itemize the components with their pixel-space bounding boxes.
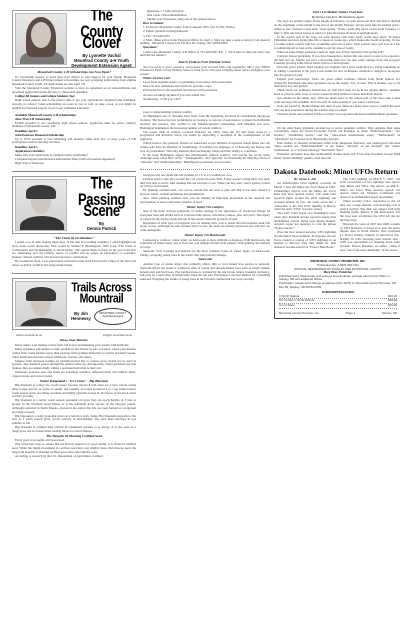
- paragraph: Many gardeners add manure to their garde…: [12, 348, 136, 359]
- postmaster-notice: Postmaster: please send change of addres…: [279, 282, 397, 289]
- columnist-photo-lynnette: [15, 13, 67, 65]
- paragraph: Nonsense: globalists note that civilizat…: [274, 153, 400, 160]
- paragraph: As Huntington saw it, Muslims have been,…: [140, 115, 270, 130]
- paragraph: Also, when planting certified seed, you …: [140, 197, 270, 204]
- paragraph: When security police responded to the ca…: [340, 200, 400, 222]
- divider: [12, 171, 136, 172]
- paragraph: High school seniors, now is the perfect …: [12, 99, 136, 110]
- paragraph: Big bluestem is a native warm season per…: [12, 399, 136, 414]
- paragraph: Over the next several decades, UFO sight…: [274, 231, 336, 250]
- paragraph: Farmers need to take into account the co…: [140, 178, 270, 189]
- paragraph: By reading his book, I was particularly …: [12, 260, 136, 267]
- website-link[interactable]: www.mountrail.nd.us: [16, 334, 42, 338]
- datebook-headline: Dakota Datebook: Minot UFOs Return: [274, 167, 400, 176]
- county-clover-header: The County Clover By Lynnette Vachal Mou…: [12, 10, 136, 68]
- paragraph: Consider indoor gardening. If you have h…: [274, 55, 400, 66]
- paragraph: In the coastal part of the state, we wen…: [274, 36, 400, 51]
- byline: By Lynnette Vachal Mountrail County 4-H …: [71, 53, 131, 68]
- paragraph: In his book Huntington argues that unbri…: [140, 154, 270, 165]
- paragraph: Sunscald, frost cracking and dieback are…: [140, 250, 270, 257]
- column-left: The County Clover By Lynnette Vachal Mou…: [12, 10, 136, 635]
- paragraph: It's scholarship season, so don't miss y…: [12, 76, 136, 87]
- paragraph: Contact the Mountrail County 4-H Office …: [140, 51, 270, 58]
- page-number: Page 2: [346, 312, 355, 316]
- paragraph: Regardless of what type of evergreen you…: [140, 222, 270, 233]
- paragraph: One of the best ways to ensure that the …: [12, 443, 136, 454]
- paragraph: Are you ready to grow, preserve, and pre…: [140, 66, 270, 77]
- paragraph: Big bluestem is a leafy grass that grows…: [12, 415, 136, 426]
- paragraph: Big bluestem is commercially planted in …: [12, 426, 136, 433]
- trails-header: Trails Across Mountrail By Jim Hennessy …: [12, 278, 136, 330]
- paragraph: That 1947 event began over Washington st…: [274, 212, 336, 231]
- paragraph: The UFO sighting on March 5, 1967, came …: [340, 178, 400, 200]
- byline: By Jim Hennessy: [71, 311, 91, 321]
- paragraph: Further your knowledge. There are great …: [274, 78, 400, 89]
- paragraph: Between the years of 1967 and 1968, a nu…: [340, 223, 400, 253]
- paragraph: According to research by the U.S. Depart…: [12, 455, 136, 459]
- column-middle: Questions 1-7 fully answered One Letter …: [140, 10, 270, 635]
- paragraph: Which leads to the question: should we A…: [140, 142, 270, 153]
- article-link[interactable]: Find this article and archived articles …: [274, 113, 400, 117]
- rate-row: Out of State $45.00: [279, 304, 397, 309]
- article-subheadline: Winter Injury On Hardwoods: [140, 234, 270, 238]
- masthead-box: MOUNTRAIL COUNTY PROMOTER, INC. Publicat…: [274, 256, 400, 319]
- paragraph: Compared to conifers, winter injury on h…: [140, 239, 270, 250]
- submit-option: 4. Mail: (Must arrive in the Extension O…: [140, 39, 270, 46]
- paragraph: The days are getting longer. In the mont…: [274, 20, 400, 35]
- newspaper-page: The County Clover By Lynnette Vachal Mou…: [0, 0, 400, 643]
- paragraph: Big bluestem is called "ice cream grass"…: [12, 384, 136, 399]
- email-link[interactable]: jim@co.mountrail.nd.us: [103, 334, 132, 338]
- byline: By Dennis Patrick: [87, 221, 116, 231]
- divider: [12, 273, 136, 274]
- footer-publisher: Mountrail County Promoter, Inc.: [279, 312, 320, 316]
- paragraph: The recent clash of cultures occurred Fe…: [140, 131, 270, 142]
- column-right: Don't Let Mother Nature Fool You! By Kel…: [274, 10, 400, 635]
- column-title: Scene: [83, 203, 119, 219]
- columnist-photo-jim: [15, 281, 67, 327]
- paragraph: Manure from livestock feeding on pyridin…: [12, 360, 136, 371]
- paragraph: Elite leaders of Western civilization su…: [274, 142, 400, 153]
- footer-location: Stanley, ND: [382, 312, 397, 316]
- county-logo: MOUNTRAIL COUNTY Agricultural Agent: [94, 308, 132, 325]
- paragraph: I spend a lot of time reading these days…: [12, 241, 136, 260]
- divider: [140, 169, 270, 170]
- paragraph: Wednesdays, 12:00 p.m. CDT: [140, 98, 270, 102]
- paragraph: Plan this year's garden. Seed catalogs a…: [274, 66, 400, 77]
- paragraph: Another type of winter injury that prima…: [140, 263, 270, 282]
- paragraph: One of the most obvious symptoms of wint…: [140, 210, 270, 221]
- column-title: Mountrail: [80, 292, 124, 306]
- paragraph: Tomatoes, potatoes, peas and beans are e…: [12, 371, 136, 378]
- paragraph: An unbelievable UFO sighting occurred on…: [274, 182, 336, 212]
- columnist-photo-dennis: [15, 179, 67, 231]
- passing-scene-header: The Passing Scene By Dennis Patrick: [12, 176, 136, 234]
- datebook-body: By Jayme L. Job An unbelievable UFO sigh…: [274, 178, 400, 253]
- divider: [274, 122, 400, 123]
- divider: [140, 106, 270, 107]
- column-title: Clover: [82, 34, 120, 50]
- paragraph: On the other hand, globalists pretend no…: [274, 127, 400, 142]
- page-footer: Mountrail County Promoter, Inc. Page 2 S…: [279, 312, 397, 316]
- checklist-item: High School Transcript: [12, 162, 136, 166]
